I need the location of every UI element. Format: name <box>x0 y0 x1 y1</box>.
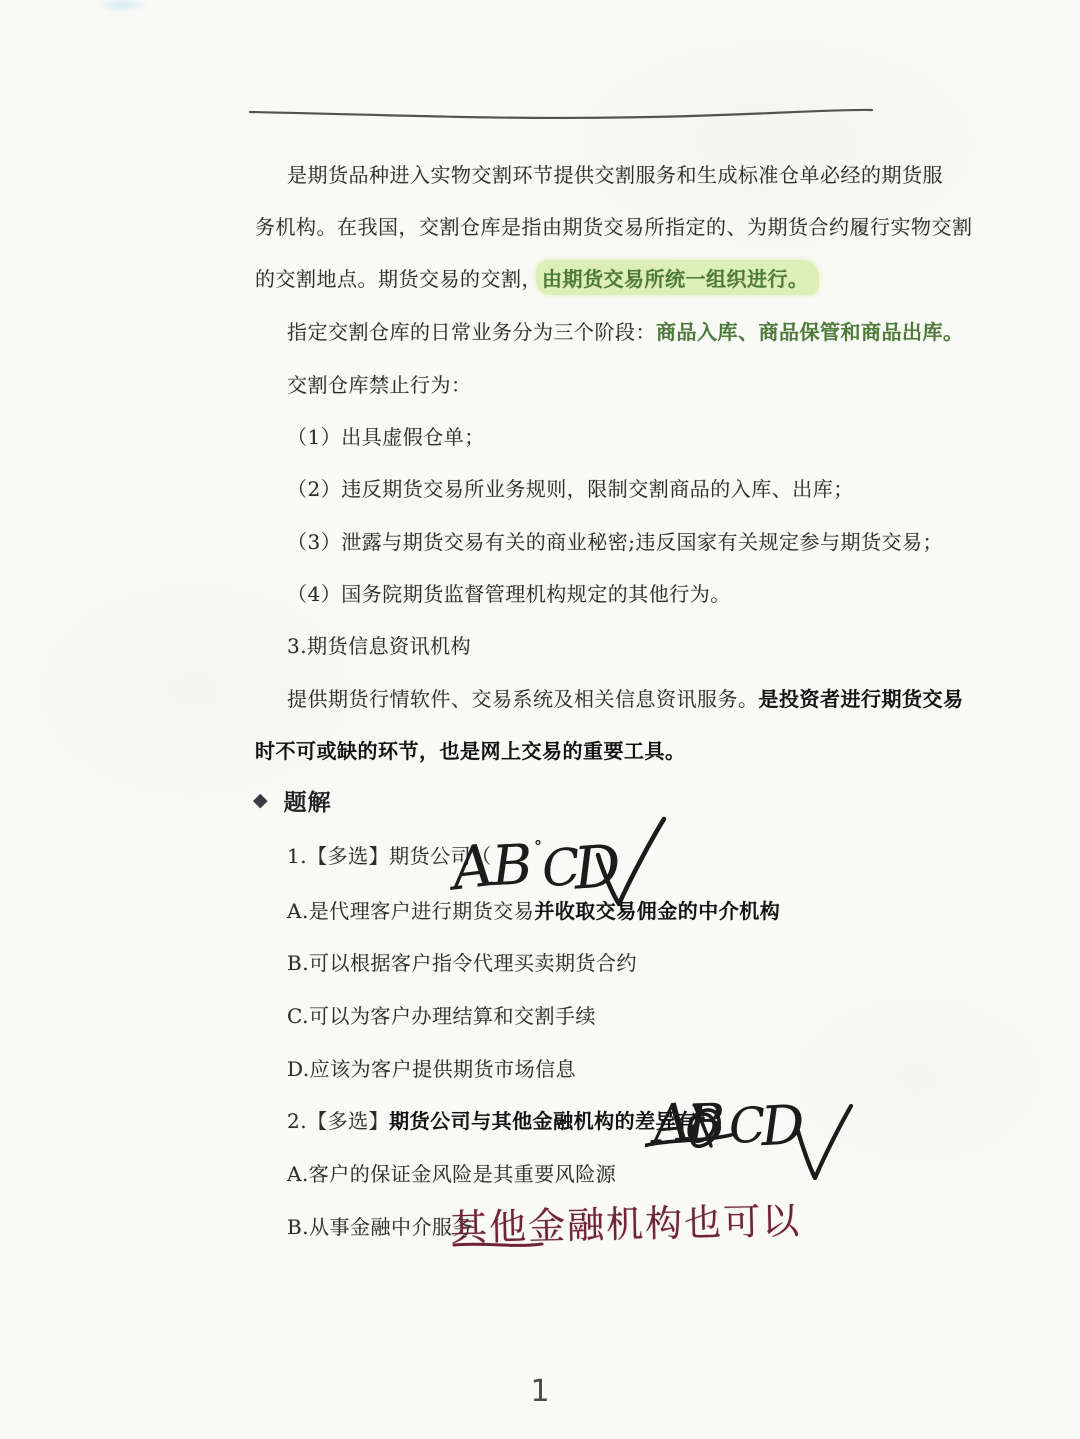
question1-option-b: B.可以根据客户指令代理买卖期货合约 <box>287 948 637 978</box>
paragraph1-line1: 是期货品种进入实物交割环节提供交割服务和生成标准仓单必经的期货服 <box>287 160 943 190</box>
list-item-3: （3）泄露与期货交易有关的商业秘密;违反国家有关规定参与期货交易； <box>287 527 943 557</box>
page-number: 1 <box>0 1374 1080 1409</box>
handwritten-note-underline <box>452 1240 547 1250</box>
text: 的交割地点。期货交易的交割， <box>255 267 542 291</box>
text: A.客户的保证金风险是其重要风险源 <box>287 1162 616 1186</box>
green-highlighted-text: 由期货交易所统一组织进行。 <box>536 260 819 295</box>
paragraph3-line: 交割仓库禁止行为： <box>287 370 472 400</box>
paragraph1-line2: 务机构。在我国，交割仓库是指由期货交易所指定的、为期货合约履行实物交割 <box>255 212 973 242</box>
text: 交割仓库禁止行为： <box>287 373 472 397</box>
solutions-heading: ◆ 题解 <box>253 784 332 817</box>
text: 提供期货行情软件、交易系统及相关信息资讯服务。 <box>287 687 759 711</box>
handwritten-answer-q2: A B C D <box>645 1094 895 1199</box>
bold-text: 是投资者进行期货交易 <box>759 687 964 711</box>
text: B.可以根据客户指令代理买卖期货合约 <box>287 951 637 975</box>
bold-text: 并收取交易佣金的中介机构 <box>534 899 780 923</box>
question2-stem: 2.【多选】期货公司与其他金融机构的差异有 <box>287 1106 697 1136</box>
question2-option-b: B.从事金融中介服务 <box>287 1212 473 1242</box>
question2-option-a: A.客户的保证金风险是其重要风险源 <box>287 1159 616 1189</box>
diamond-bullet-icon: ◆ <box>253 791 268 810</box>
list-item-1: （1）出具虚假仓单； <box>287 422 485 452</box>
handwritten-scribble-and-checkmark <box>645 1094 895 1204</box>
text: （2）违反期货交易所业务规则，限制交割商品的入库、出库； <box>287 477 854 501</box>
text: A.是代理客户进行期货交易 <box>287 899 534 923</box>
question1-option-c: C.可以为客户办理结算和交割手续 <box>287 1001 596 1031</box>
section3-title: 3.期货信息资讯机构 <box>287 631 471 661</box>
text: D.应该为客户提供期货市场信息 <box>287 1057 576 1081</box>
bold-text: 时不可或缺的环节，也是网上交易的重要工具。 <box>255 739 686 763</box>
text: （3）泄露与期货交易有关的商业秘密;违反国家有关规定参与期货交易； <box>287 530 943 554</box>
paragraph1-line3: 的交割地点。期货交易的交割，由期货交易所统一组织进行。 <box>255 264 809 294</box>
paragraph2-line: 指定交割仓库的日常业务分为三个阶段：商品入库、商品保管和商品出库。 <box>287 317 964 347</box>
paragraph4-line1: 提供期货行情软件、交易系统及相关信息资讯服务。是投资者进行期货交易 <box>287 684 964 714</box>
text: 是期货品种进入实物交割环节提供交割服务和生成标准仓单必经的期货服 <box>287 163 943 187</box>
handwritten-letter: B <box>490 832 534 898</box>
text: 2.【多选】 <box>287 1109 389 1133</box>
list-item-2: （2）违反期货交易所业务规则，限制交割商品的入库、出库； <box>287 474 854 504</box>
green-text: 商品入库、商品保管和商品出库。 <box>656 320 964 344</box>
solutions-heading-label: 题解 <box>284 784 332 817</box>
question1-option-a: A.是代理客户进行期货交易并收取交易佣金的中介机构 <box>287 896 780 926</box>
text: 务机构。在我国，交割仓库是指由期货交易所指定的、为期货合约履行实物交割 <box>255 215 973 239</box>
scanned-document-page: 是期货品种进入实物交割环节提供交割服务和生成标准仓单必经的期货服 务机构。在我国… <box>0 0 1080 1439</box>
text: B.从事金融中介服务 <box>287 1215 473 1239</box>
question1-option-d: D.应该为客户提供期货市场信息 <box>287 1054 576 1084</box>
text: （1）出具虚假仓单； <box>287 425 485 449</box>
text: 3.期货信息资讯机构 <box>287 634 471 658</box>
text: （4）国务院期货监督管理机构规定的其他行为。 <box>287 582 731 606</box>
list-item-4: （4）国务院期货监督管理机构规定的其他行为。 <box>287 579 731 609</box>
text: C.可以为客户办理结算和交割手续 <box>287 1004 596 1028</box>
scan-artifact-blue-spot <box>96 0 148 13</box>
paragraph4-line2: 时不可或缺的环节，也是网上交易的重要工具。 <box>255 736 686 766</box>
text: 指定交割仓库的日常业务分为三个阶段： <box>287 320 656 344</box>
header-rule <box>0 103 1080 125</box>
